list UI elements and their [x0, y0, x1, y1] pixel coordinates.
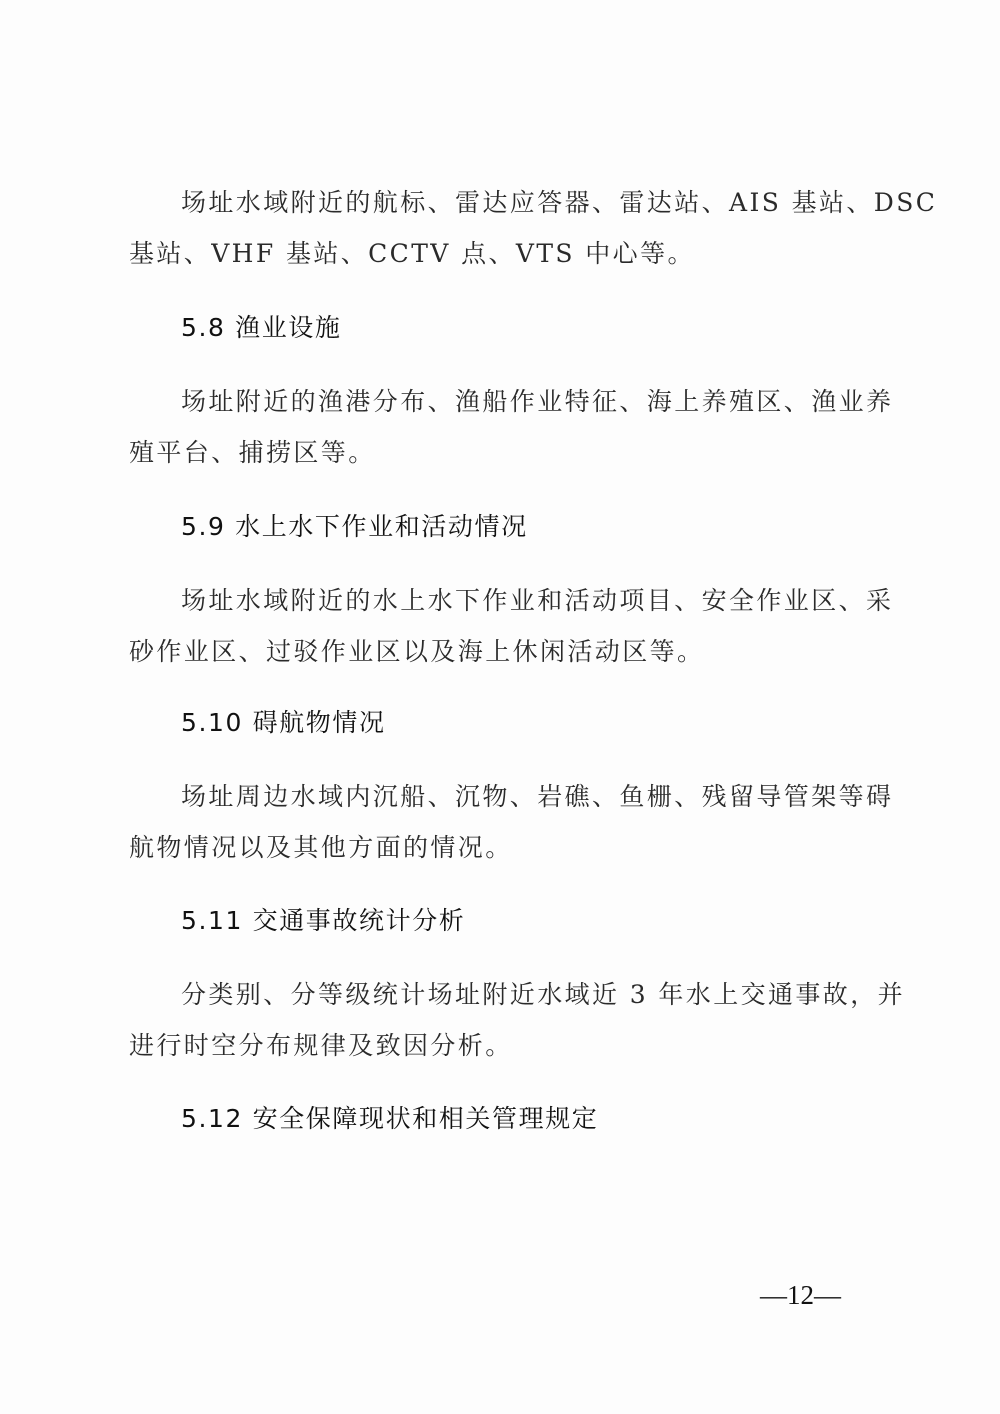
paragraph-line: 进行时空分布规律及致因分析。: [129, 1031, 874, 1061]
paragraph-line: 场址周边水域内沉船、沉物、岩礁、鱼栅、残留导管架等碍: [181, 782, 874, 812]
paragraph-line: 殖平台、捕捞区等。: [129, 438, 874, 468]
section-heading-5-12: 5.12 安全保障现状和相关管理规定: [181, 1104, 598, 1134]
section-heading-5-11: 5.11 交通事故统计分析: [181, 906, 465, 936]
paragraph-line: 场址附近的渔港分布、渔船作业特征、海上养殖区、渔业养: [181, 387, 874, 417]
paragraph-line: 航物情况以及其他方面的情况。: [129, 833, 874, 863]
paragraph-line: 场址水域附近的水上水下作业和活动项目、安全作业区、采: [181, 586, 874, 616]
paragraph-line: 砂作业区、过驳作业区以及海上休闲活动区等。: [129, 637, 874, 667]
page-number: —12—: [760, 1280, 841, 1310]
section-heading-5-8: 5.8 渔业设施: [181, 313, 342, 343]
section-heading-5-9: 5.9 水上水下作业和活动情况: [181, 512, 528, 542]
document-page: 场址水域附近的航标、雷达应答器、雷达站、AIS 基站、DSC 基站、VHF 基站…: [0, 0, 1000, 1414]
paragraph-line: 基站、VHF 基站、CCTV 点、VTS 中心等。: [129, 239, 874, 269]
paragraph-line: 分类别、分等级统计场址附近水域近 3 年水上交通事故，并: [181, 980, 874, 1010]
section-heading-5-10: 5.10 碍航物情况: [181, 708, 386, 738]
paragraph-line: 场址水域附近的航标、雷达应答器、雷达站、AIS 基站、DSC: [181, 188, 874, 218]
